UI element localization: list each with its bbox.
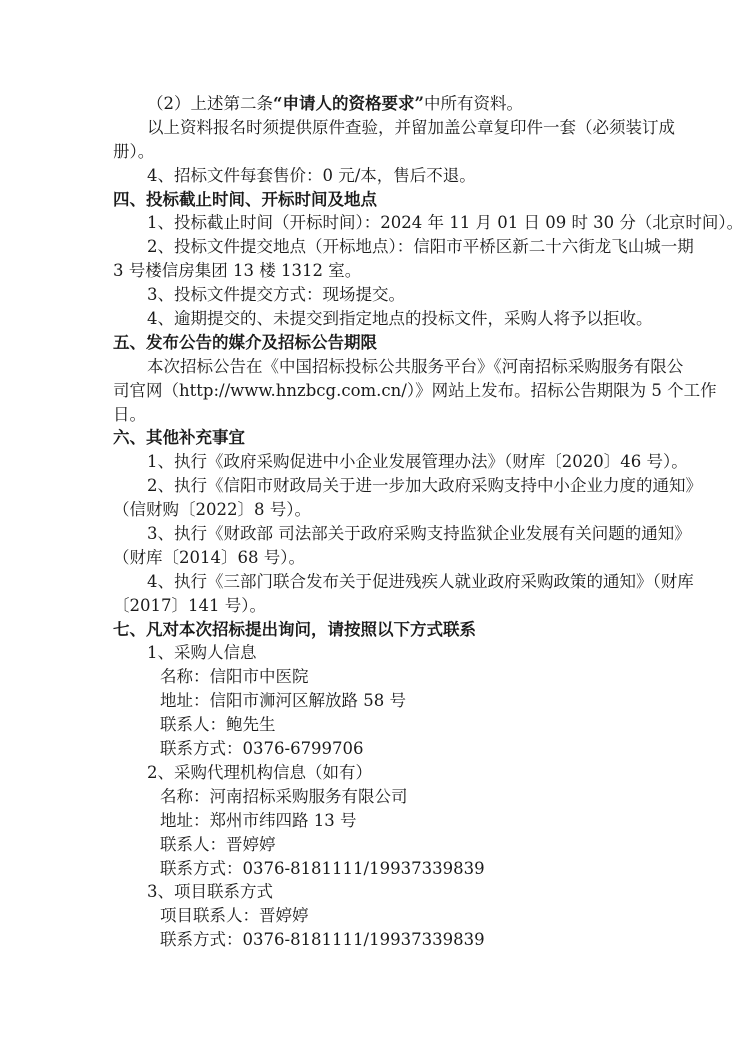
qualification-materials-item: （2）上述第二条“申请人的资格要求”中所有资料。	[0, 92, 750, 116]
list-item: 1、执行《政府采购促进中小企业发展管理办法》（财库〔2020〕46 号）。	[0, 450, 750, 474]
field-value: 晋婷婷	[259, 906, 309, 925]
list-item: 3、执行《财政部 司法部关于政府采购支持监狱企业发展有关问题的通知》	[0, 522, 750, 546]
contact-field-phone: 联系方式：0376-8181111/19937339839	[0, 928, 750, 952]
item-suffix: 中所有资料。	[424, 94, 523, 113]
document-page: （2）上述第二条“申请人的资格要求”中所有资料。 以上资料报名时须提供原件查验，…	[0, 0, 750, 1060]
list-item: 1、投标截止时间（开标时间）：2024 年 11 月 01 日 09 时 30 …	[0, 211, 750, 235]
field-label: 地址：	[160, 811, 210, 830]
field-label: 联系方式：	[160, 930, 243, 949]
field-value: 晋婷婷	[226, 835, 276, 854]
section-heading-deadline: 四、投标截止时间、开标时间及地点	[0, 188, 750, 212]
field-value: 0376-8181111/19937339839	[243, 930, 485, 949]
contact-field-phone: 联系方式：0376-8181111/19937339839	[0, 857, 750, 881]
list-item: 2、投标文件提交地点（开标地点）：信阳市平桥区新二十六街龙飞山城一期	[0, 235, 750, 259]
list-item-continuation: （财库〔2014〕68 号）。	[0, 546, 750, 570]
contact-field-name: 名称：河南招标采购服务有限公司	[0, 785, 750, 809]
list-item-continuation: （信财购〔2022〕8 号）。	[0, 498, 750, 522]
item-emphasis: “申请人的资格要求”	[273, 94, 424, 113]
field-label: 联系方式：	[160, 859, 243, 878]
field-label: 名称：	[160, 667, 210, 686]
paragraph-line: 司官网（http://www.hnzbcg.com.cn/）》网站上发布。招标公…	[0, 379, 750, 403]
list-item-continuation: 3 号楼信房集团 13 楼 1312 室。	[0, 259, 750, 283]
list-item: 2、执行《信阳市财政局关于进一步加大政府采购支持中小企业力度的通知》	[0, 474, 750, 498]
section-heading-supplementary: 六、其他补充事宜	[0, 426, 750, 450]
list-item: 3、投标文件提交方式：现场提交。	[0, 283, 750, 307]
field-label: 地址：	[160, 691, 210, 710]
contact-field-address: 地址：郑州市纬四路 13 号	[0, 809, 750, 833]
note-line: 以上资料报名时须提供原件查验，并留加盖公章复印件一套（必须装订成	[0, 116, 750, 140]
list-item-continuation: 〔2017〕141 号）。	[0, 594, 750, 618]
contact-group-title-project: 3、项目联系方式	[0, 880, 750, 904]
contact-field-address: 地址：信阳市浉河区解放路 58 号	[0, 689, 750, 713]
section-heading-contact: 七、凡对本次招标提出询问，请按照以下方式联系	[0, 618, 750, 642]
field-value: 河南招标采购服务有限公司	[210, 787, 408, 806]
field-label: 名称：	[160, 787, 210, 806]
contact-group-title-agency: 2、采购代理机构信息（如有）	[0, 761, 750, 785]
field-value: 信阳市浉河区解放路 58 号	[210, 691, 407, 710]
field-label: 联系方式：	[160, 739, 243, 758]
field-value: 鲍先生	[226, 715, 276, 734]
field-value: 0376-8181111/19937339839	[243, 859, 485, 878]
contact-field-person: 联系人：晋婷婷	[0, 833, 750, 857]
list-item: 4、执行《三部门联合发布关于促进残疾人就业政府采购政策的通知》（财库	[0, 570, 750, 594]
list-item: 4、逾期提交的、未提交到指定地点的投标文件，采购人将予以拒收。	[0, 307, 750, 331]
item-prefix: （2）上述第二条	[147, 94, 273, 113]
paragraph-line: 日。	[0, 403, 750, 427]
field-value: 信阳市中医院	[210, 667, 309, 686]
contact-field-person: 联系人：鲍先生	[0, 713, 750, 737]
document-body: （2）上述第二条“申请人的资格要求”中所有资料。 以上资料报名时须提供原件查验，…	[0, 92, 750, 952]
field-label: 联系人：	[160, 715, 226, 734]
contact-group-title-purchaser: 1、采购人信息	[0, 641, 750, 665]
field-value: 郑州市纬四路 13 号	[210, 811, 357, 830]
contact-field-name: 名称：信阳市中医院	[0, 665, 750, 689]
paragraph-line: 本次招标公告在《中国招标投标公共服务平台》《河南招标采购服务有限公	[0, 355, 750, 379]
section-heading-publication: 五、发布公告的媒介及招标公告期限	[0, 331, 750, 355]
note-line: 册）。	[0, 140, 750, 164]
field-label: 项目联系人：	[160, 906, 259, 925]
field-label: 联系人：	[160, 835, 226, 854]
field-value: 0376-6799706	[243, 739, 364, 758]
document-price-item: 4、招标文件每套售价：0 元/本，售后不退。	[0, 164, 750, 188]
contact-field-phone: 联系方式：0376-6799706	[0, 737, 750, 761]
contact-field-person: 项目联系人：晋婷婷	[0, 904, 750, 928]
